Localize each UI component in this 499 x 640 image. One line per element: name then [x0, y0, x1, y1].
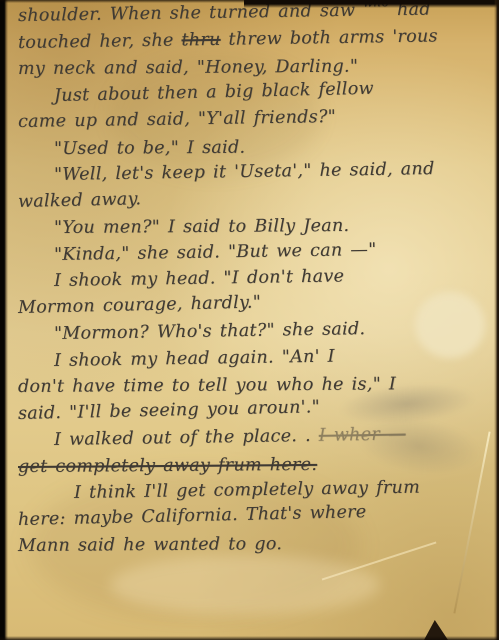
paper-tear-shadow	[424, 620, 448, 640]
handwriting-segment: said. "I'll be seeing you aroun'."	[18, 397, 320, 424]
handwriting-segment: Mann said he wanted to go.	[18, 534, 282, 556]
handwriting-segment: I shook my head. "I don't have	[54, 266, 345, 291]
handwriting-segment: had	[389, 0, 431, 20]
handwriting-segment: touched her, she	[18, 30, 182, 53]
handwriting-segment: I walked out of the place. .	[54, 426, 319, 450]
handwriting-segment: "You men?" I said to Billy Jean.	[54, 216, 350, 238]
manuscript-photo: shoulder. When she turned and saw who ha…	[0, 0, 499, 640]
handwriting-segment: I shook my head again. "An' I	[54, 346, 335, 370]
handwriting-line: I walked out of the place. . I wher —	[54, 420, 488, 453]
photo-edge-right	[494, 0, 499, 640]
handwriting-segment: "Used to be," I said.	[54, 137, 245, 158]
handwriting-segment: shoulder. When she turned and saw	[18, 1, 363, 26]
handwriting-segment: my neck and said, "Honey, Darling."	[18, 57, 358, 79]
photo-edge-left	[0, 0, 8, 640]
handwriting-segment: "Kinda," she said. "But we can —"	[54, 239, 377, 264]
struck-text: I wher —	[319, 424, 406, 445]
handwriting-segment: here: maybe California. That's where	[18, 502, 367, 530]
handwriting-segment: Mormon courage, hardly."	[18, 292, 262, 318]
paper-highlight	[110, 555, 380, 615]
handwriting-segment: Just about then a big black fellow	[54, 78, 374, 105]
handwriting-segment: threw both arms 'rous	[220, 26, 438, 49]
struck-text: thru	[181, 29, 220, 50]
handwriting-segment: came up and said, "Y'all friends?"	[18, 107, 336, 132]
handwriting-line: Mann said he wanted to go.	[18, 530, 488, 560]
handwriting-lines: shoulder. When she turned and saw who ha…	[16, 3, 488, 560]
handwriting-segment: walked away.	[18, 189, 142, 212]
handwriting-segment: "Mormon? Who's that?" she said.	[54, 319, 366, 344]
struck-text: get completely away frum here.	[18, 454, 317, 476]
photo-edge-bottom	[0, 636, 499, 640]
